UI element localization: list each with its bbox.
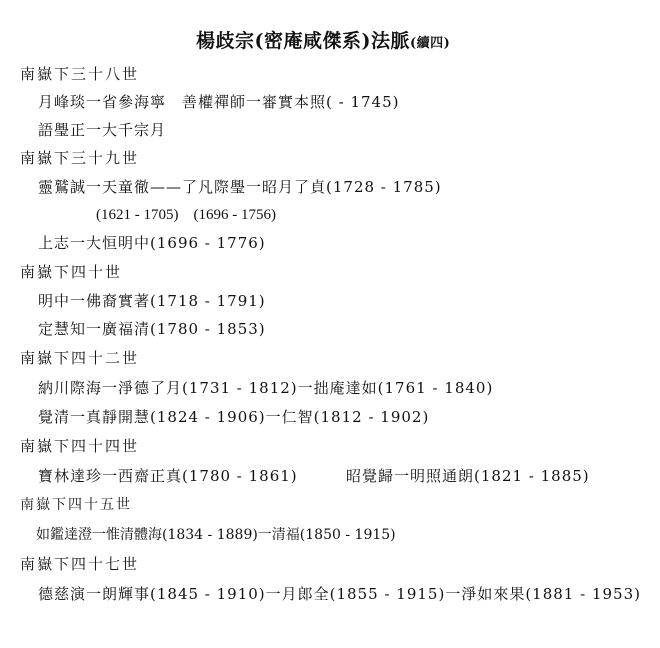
lineage-line: 明中一佛裔實著(1718 - 1791) (38, 291, 266, 311)
generation-heading: 南嶽下四十七世 (20, 554, 139, 574)
generation-heading: 南嶽下四十五世 (20, 495, 132, 515)
lineage-line: 納川際海一淨德了月(1731 - 1812)一拙庵達如(1761 - 1840) (38, 378, 493, 398)
document-page: 楊歧宗(密庵咸傑系)法脈(續四) 南嶽下三十八世 月峰琰一省參海寧 善權禪師一審… (0, 0, 660, 648)
generation-heading: 南嶽下三十八世 (20, 64, 139, 84)
page-title: 楊歧宗(密庵咸傑系)法脈(續四) (196, 26, 450, 53)
lineage-line: 昭覺歸一明照通朗(1821 - 1885) (346, 466, 590, 486)
generation-heading: 南嶽下四十四世 (20, 436, 139, 456)
lineage-dates-line: (1621 - 1705) (1696 - 1756) (96, 205, 276, 225)
lineage-line: 靈鷲誠一天童徹——了凡際璺一昭月了貞(1728 - 1785) (38, 177, 442, 197)
lineage-line: 語璺正一大千宗月 (38, 120, 166, 140)
lineage-line: 德慈演一朗輝事(1845 - 1910)一月郎全(1855 - 1915)一淨如… (38, 584, 641, 604)
title-sub: (續四) (410, 36, 450, 51)
lineage-line: 覺清一真靜開慧(1824 - 1906)一仁智(1812 - 1902) (38, 407, 429, 427)
lineage-line: 上志一大恒明中(1696 - 1776) (38, 233, 266, 253)
lineage-line: 如鑑達澄一惟清體海(1834 - 1889)一清福(1850 - 1915) (36, 525, 396, 545)
lineage-line: 定慧知一廣福清(1780 - 1853) (38, 319, 266, 339)
generation-heading: 南嶽下四十世 (20, 262, 122, 282)
title-main: 楊歧宗(密庵咸傑系)法脈 (196, 30, 410, 52)
lineage-line: 寶林達珍一西齋正真(1780 - 1861) (38, 466, 298, 486)
generation-heading: 南嶽下三十九世 (20, 148, 139, 168)
generation-heading: 南嶽下四十二世 (20, 348, 139, 368)
lineage-line: 月峰琰一省參海寧 善權禪師一審實本照( - 1745) (38, 92, 399, 112)
